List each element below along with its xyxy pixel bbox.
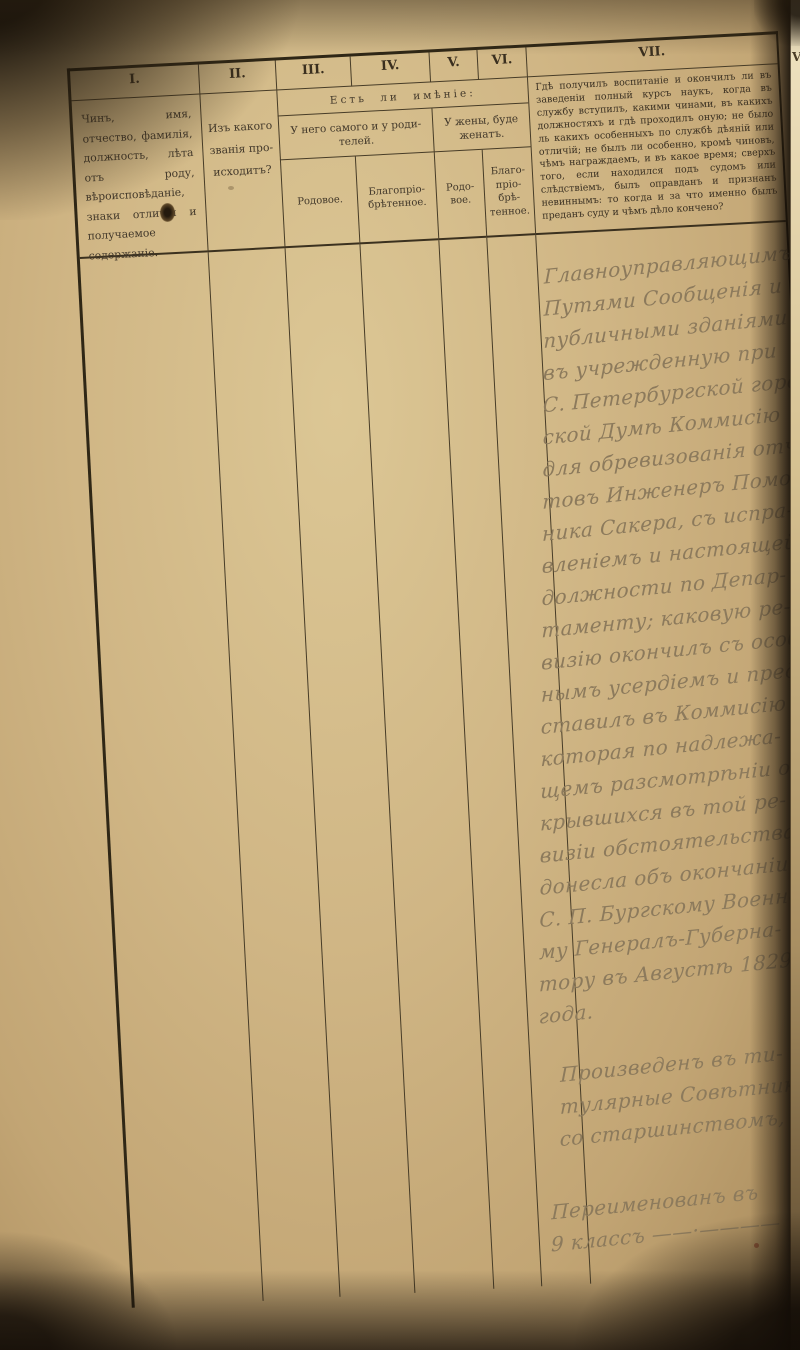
photo-shadow-bottom-right <box>570 1210 800 1350</box>
header-estate-wife-acquired: Благо- пріо- брѣ- тенное. <box>482 147 536 237</box>
column-numeral-4: IV. <box>350 52 430 86</box>
record-form-table: I. II. III. IV. V. VI. VII. Чинъ, имя, о… <box>67 31 800 1308</box>
header-service-history: Гдѣ получилъ воспитаніе и окончилъ ли въ… <box>527 64 786 235</box>
photo-shadow-top <box>0 0 800 55</box>
photographed-document-page: I. II. III. IV. V. VI. VII. Чинъ, имя, о… <box>0 0 800 1350</box>
header-estate-wife-ancestral: Родо- вое. <box>434 150 487 240</box>
next-page-edge: V <box>790 0 800 1350</box>
photo-shadow-bottom-left <box>0 1230 180 1350</box>
header-estate-acquired: Благопріо- брѣтенное. <box>355 152 438 244</box>
header-estate-wife: У жены, буде женатъ. <box>431 103 530 152</box>
